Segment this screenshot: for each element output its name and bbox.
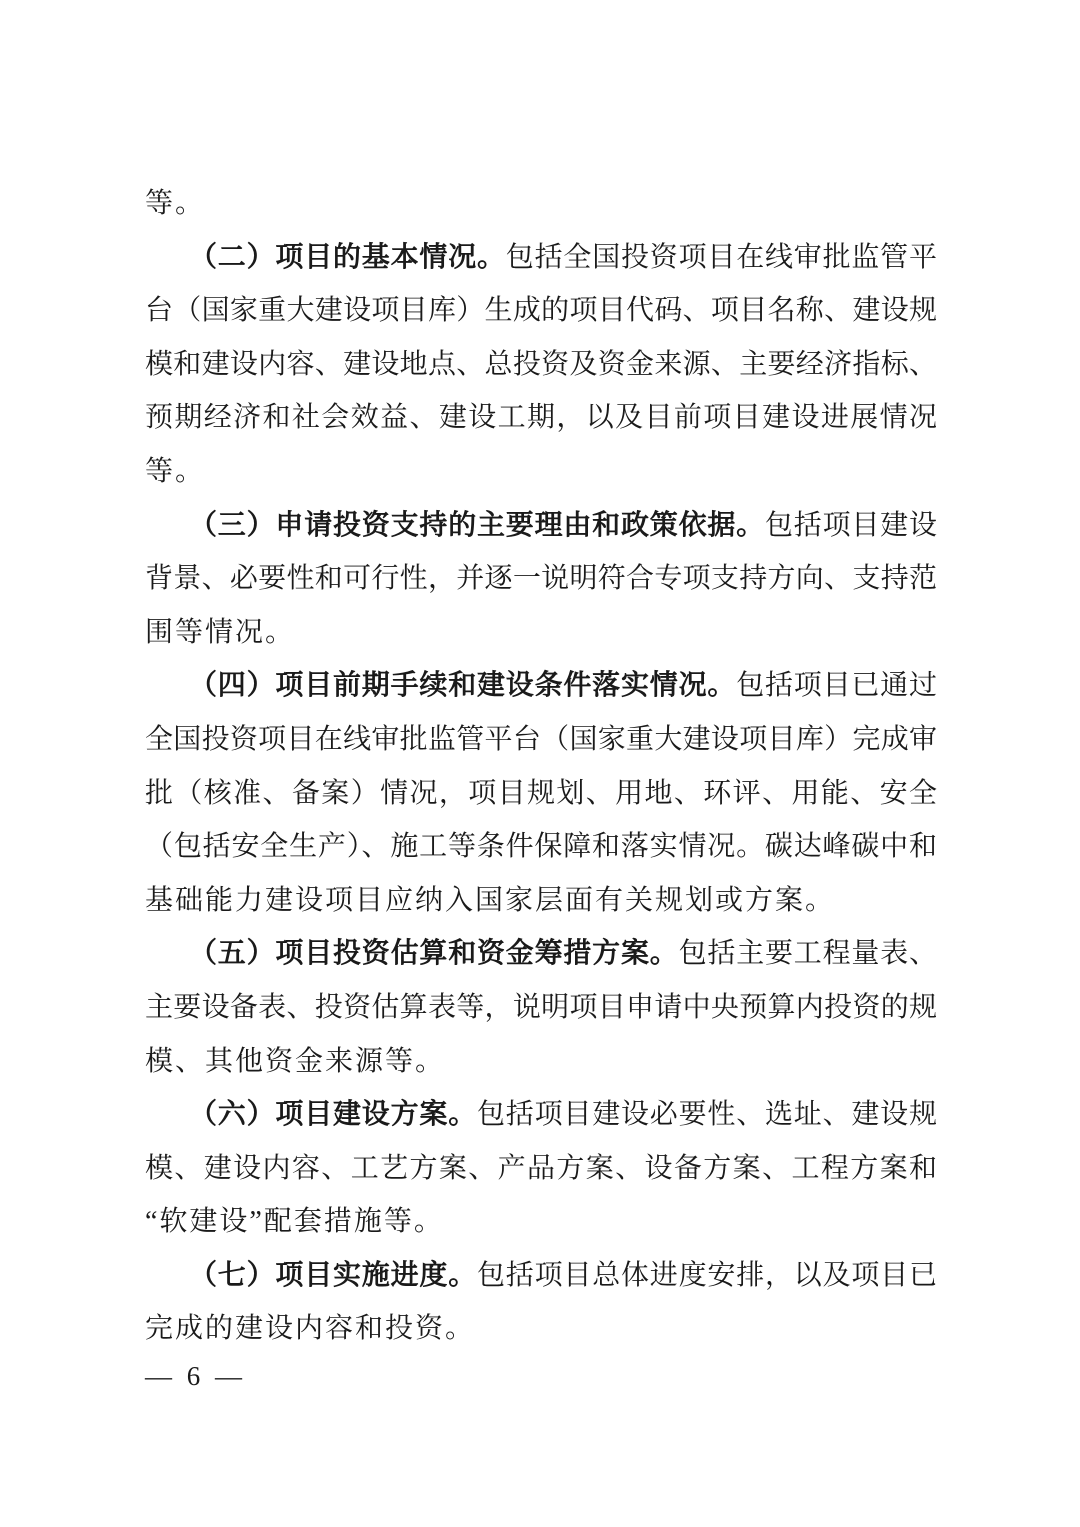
paragraph-lead: （六）项目建设方案。 (189, 1099, 477, 1130)
line-text: （包括安全生产）、施工等条件保障和落实情况。碳达峰碳中和 (145, 831, 937, 862)
text-line: 主要设备表、投资估算表等，说明项目申请中央预算内投资的规 (145, 981, 937, 1035)
line-text: 围等情况。 (145, 617, 295, 648)
line-text: “软建设”配套措施等。 (145, 1206, 444, 1237)
paragraph-lead: （三）申请投资支持的主要理由和政策依据。 (189, 510, 765, 541)
text-line: 模、建设内容、工艺方案、产品方案、设备方案、工程方案和 (145, 1142, 937, 1196)
text-line: 背景、必要性和可行性，并逐一说明符合专项支持方向、支持范 (145, 552, 937, 606)
text-line: （包括安全生产）、施工等条件保障和落实情况。碳达峰碳中和 (145, 820, 937, 874)
line-text: 完成的建设内容和投资。 (145, 1313, 475, 1344)
paragraph-lead: （七）项目实施进度。 (189, 1260, 477, 1291)
text-line: （三）申请投资支持的主要理由和政策依据。包括项目建设 (145, 499, 937, 553)
paragraph-lead: （二）项目的基本情况。 (189, 242, 506, 273)
line-text: 包括主要工程量表、 (679, 938, 937, 969)
paragraph-lead: （四）项目前期手续和建设条件落实情况。 (189, 670, 736, 701)
text-line: （五）项目投资估算和资金筹措方案。包括主要工程量表、 (145, 927, 937, 981)
line-text: 背景、必要性和可行性，并逐一说明符合专项支持方向、支持范 (145, 563, 937, 594)
line-text: 包括项目已通过 (736, 670, 937, 701)
text-line: 全国投资项目在线审批监管平台（国家重大建设项目库）完成审 (145, 713, 937, 767)
line-text: 包括项目总体进度安排，以及项目已 (477, 1260, 937, 1291)
line-text: 模、建设内容、工艺方案、产品方案、设备方案、工程方案和 (145, 1153, 937, 1184)
line-text: 等。 (145, 456, 205, 487)
line-text: 全国投资项目在线审批监管平台（国家重大建设项目库）完成审 (145, 724, 937, 755)
document-page: 等。 （二）项目的基本情况。包括全国投资项目在线审批监管平 台（国家重大建设项目… (0, 0, 1080, 1527)
text-line: （七）项目实施进度。包括项目总体进度安排，以及项目已 (145, 1249, 937, 1303)
text-line: 等。 (145, 445, 937, 499)
text-line: 完成的建设内容和投资。 (145, 1302, 937, 1356)
line-text: 主要设备表、投资估算表等，说明项目申请中央预算内投资的规 (145, 992, 937, 1023)
text-line: （二）项目的基本情况。包括全国投资项目在线审批监管平 (145, 231, 937, 285)
line-text: 模和建设内容、建设地点、总投资及资金来源、主要经济指标、 (145, 349, 937, 380)
line-text: 等。 (145, 188, 205, 219)
text-line: 台（国家重大建设项目库）生成的项目代码、项目名称、建设规 (145, 284, 937, 338)
text-line: 模和建设内容、建设地点、总投资及资金来源、主要经济指标、 (145, 338, 937, 392)
line-text: 模、其他资金来源等。 (145, 1046, 445, 1077)
line-text: 台（国家重大建设项目库）生成的项目代码、项目名称、建设规 (145, 295, 937, 326)
text-line: 围等情况。 (145, 606, 937, 660)
text-line: “软建设”配套措施等。 (145, 1195, 937, 1249)
line-text: 包括项目建设必要性、选址、建设规 (477, 1099, 937, 1130)
text-line: 基础能力建设项目应纳入国家层面有关规划或方案。 (145, 874, 937, 928)
text-line: 预期经济和社会效益、建设工期，以及目前项目建设进展情况 (145, 391, 937, 445)
line-text: 预期经济和社会效益、建设工期，以及目前项目建设进展情况 (145, 402, 937, 433)
document-content: 等。 （二）项目的基本情况。包括全国投资项目在线审批监管平 台（国家重大建设项目… (145, 177, 937, 1356)
page-number-footer: — 6 — (145, 1361, 246, 1391)
paragraph-lead: （五）项目投资估算和资金筹措方案。 (189, 938, 679, 969)
text-line: （六）项目建设方案。包括项目建设必要性、选址、建设规 (145, 1088, 937, 1142)
text-line: （四）项目前期手续和建设条件落实情况。包括项目已通过 (145, 659, 937, 713)
line-text: 批（核准、备案）情况，项目规划、用地、环评、用能、安全 (145, 778, 937, 809)
line-text: 包括项目建设 (765, 510, 937, 541)
page-footer: — 6 — (145, 1356, 246, 1396)
text-line: 模、其他资金来源等。 (145, 1035, 937, 1089)
text-line: 等。 (145, 177, 937, 231)
text-line: 批（核准、备案）情况，项目规划、用地、环评、用能、安全 (145, 767, 937, 821)
line-text: 基础能力建设项目应纳入国家层面有关规划或方案。 (145, 885, 835, 916)
line-text: 包括全国投资项目在线审批监管平 (506, 242, 937, 273)
